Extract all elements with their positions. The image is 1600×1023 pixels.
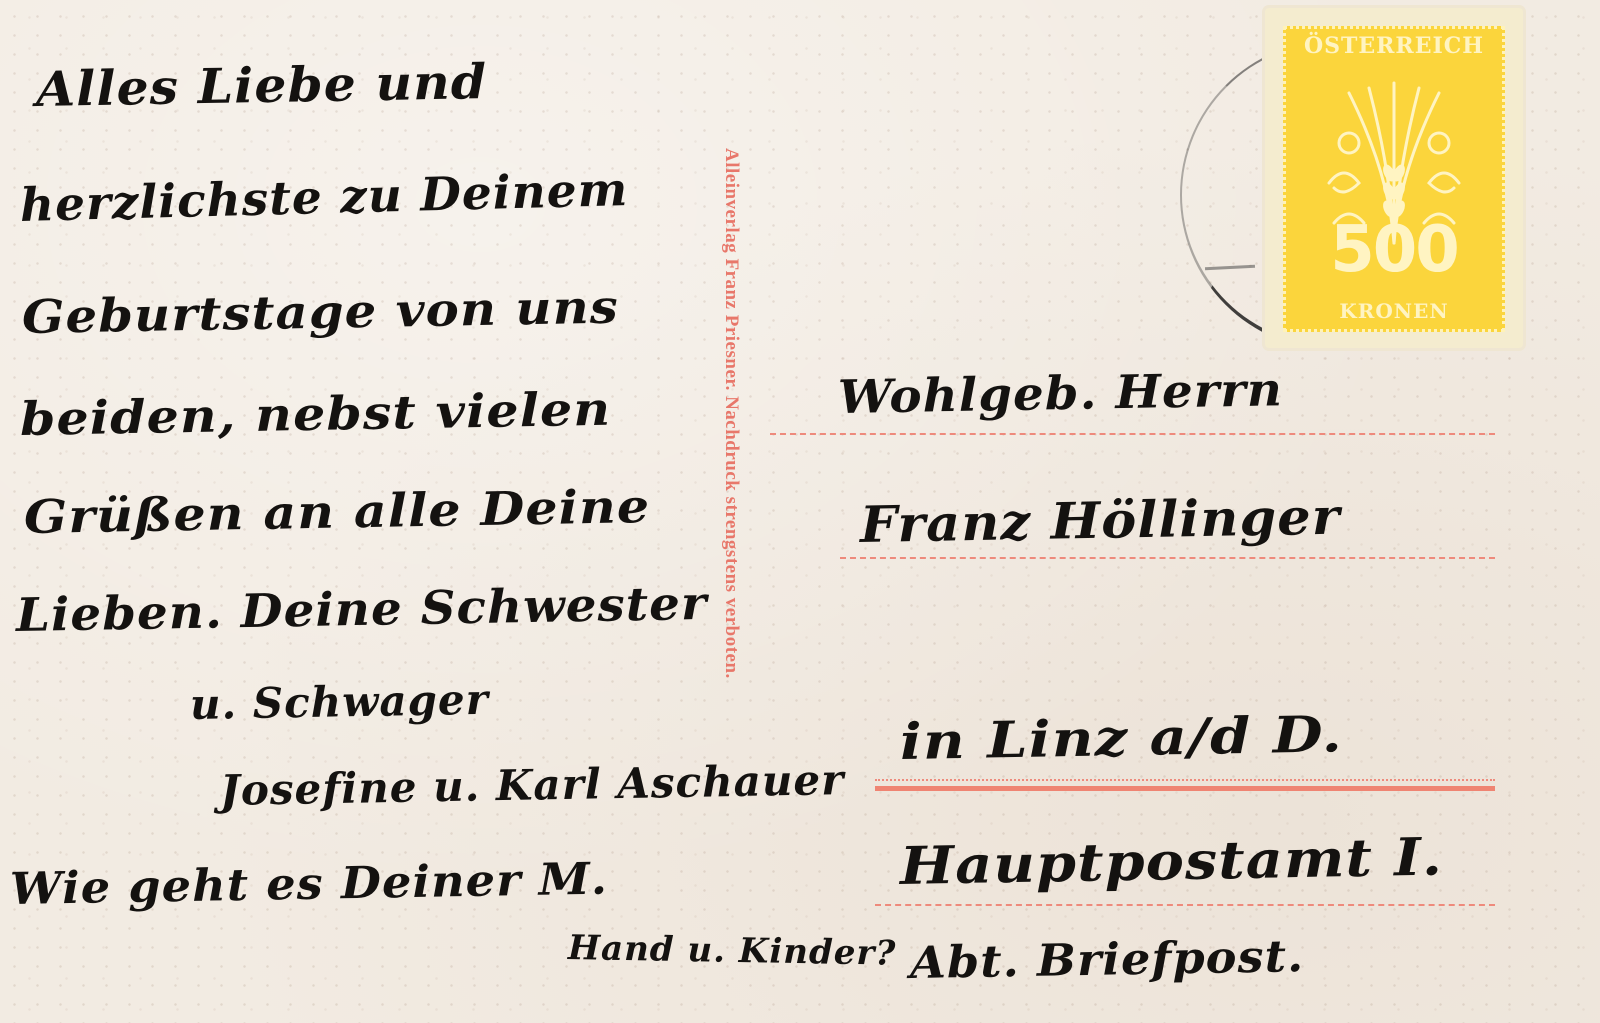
message-line-10: Hand u. Kinder?	[568, 928, 897, 974]
address-recipient-name: Franz Höllinger	[859, 487, 1340, 554]
address-rule-3	[875, 779, 1495, 781]
address-rule-1	[770, 433, 1495, 435]
address-rule-3-solid	[875, 786, 1495, 791]
message-line-7: u. Schwager	[190, 675, 490, 729]
stamp-design: ÖSTERREICH	[1283, 26, 1505, 332]
stamp-value: 500	[1286, 213, 1502, 287]
stamp-currency: KRONEN	[1286, 299, 1502, 323]
postcard-back: Alles Liebe und herzlichste zu Deinem Ge…	[0, 0, 1600, 1023]
address-post-office: Hauptpostamt I.	[899, 827, 1443, 897]
postage-stamp: ÖSTERREICH	[1265, 8, 1523, 348]
message-line-8: Josefine u. Karl Aschauer	[220, 755, 845, 815]
stamp-country: ÖSTERREICH	[1286, 33, 1502, 59]
address-rule-4	[875, 904, 1495, 906]
message-line-5: Grüßen an alle Deine	[24, 479, 651, 544]
message-line-9: Wie geht es Deiner M.	[10, 854, 609, 915]
message-line-3: Geburtstage von uns	[22, 280, 620, 344]
address-rule-2	[840, 557, 1495, 559]
message-line-1: Alles Liebe und	[36, 54, 488, 118]
address-department: Abt. Briefpost.	[910, 931, 1305, 989]
address-salutation: Wohlgeb. Herrn	[838, 362, 1284, 424]
message-line-6: Lieben. Deine Schwester	[16, 576, 708, 642]
message-line-4: beiden, nebst vielen	[20, 382, 612, 446]
message-line-2: herzlichste zu Deinem	[19, 162, 629, 232]
address-city: in Linz a/d D.	[899, 704, 1343, 771]
publisher-imprint: Alleinverlag Franz Priesner. Nachdruck s…	[720, 148, 742, 679]
